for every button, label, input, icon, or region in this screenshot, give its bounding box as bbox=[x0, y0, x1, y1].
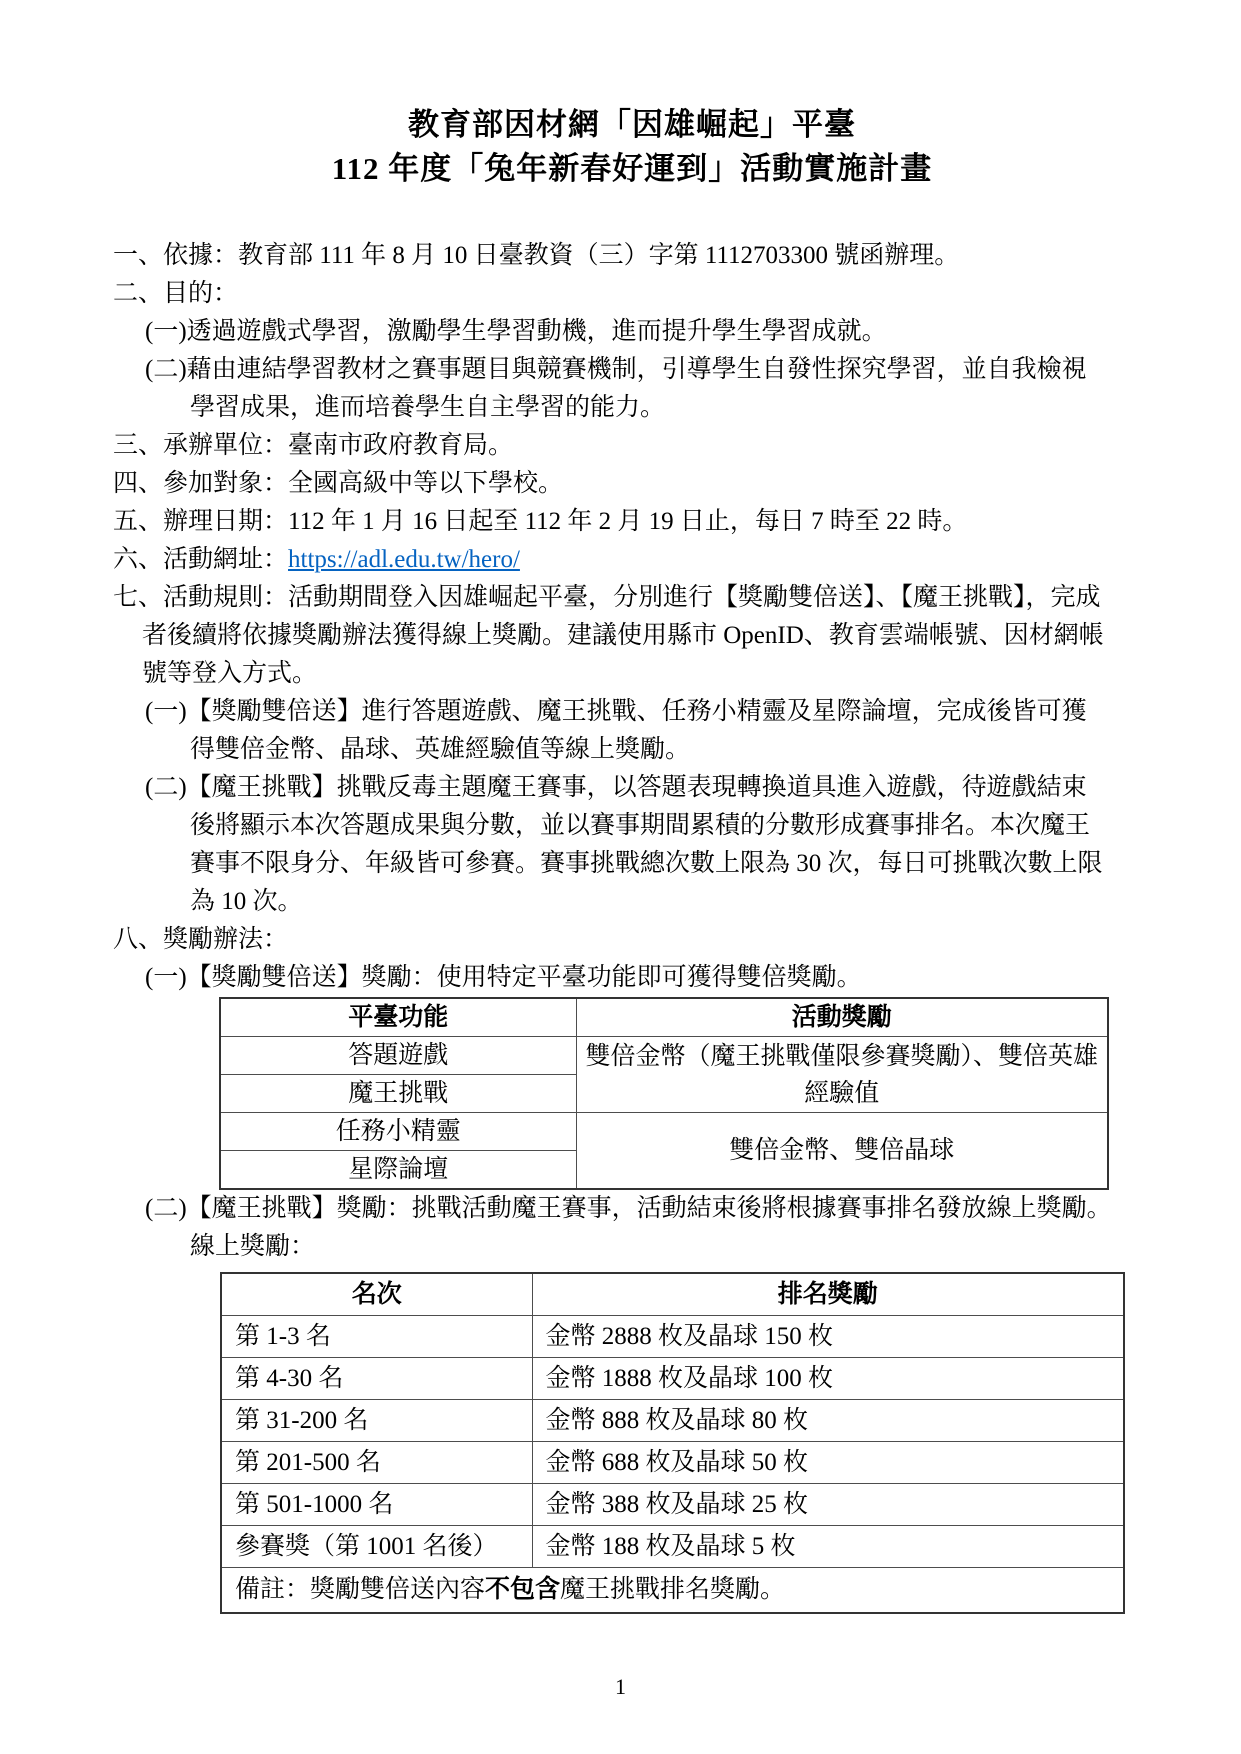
table-cell: 答題遊戲 bbox=[220, 1037, 576, 1075]
document-paragraph: 三、承辦單位：臺南市政府教育局。 bbox=[113, 427, 1151, 465]
document-paragraph: 四、參加對象：全國高級中等以下學校。 bbox=[113, 465, 1151, 503]
text-line: 四、參加對象：全國高級中等以下學校。 bbox=[113, 465, 1151, 503]
table-row: 第 201-500 名金幣 688 枚及晶球 50 枚 bbox=[221, 1442, 1124, 1484]
body-section-1: 一、依據：教育部 111 年 8 月 10 日臺教資（三）字第 11127033… bbox=[113, 237, 1151, 997]
text-line: 賽事不限身分、年級皆可參賽。賽事挑戰總次數上限為 30 次，每日可挑戰次數上限 bbox=[145, 845, 1151, 883]
document-paragraph: 五、辦理日期：112 年 1 月 16 日起至 112 年 2 月 19 日止，… bbox=[113, 503, 1151, 541]
document-title: 教育部因材網「因雄崛起」平臺 112 年度「兔年新春好運到」活動實施計畫 bbox=[113, 103, 1151, 191]
page-number: 1 bbox=[0, 1672, 1241, 1702]
text-line: 八、獎勵辦法： bbox=[113, 921, 1151, 959]
table-cell: 雙倍金幣、雙倍晶球 bbox=[576, 1113, 1108, 1190]
table-cell: 金幣 2888 枚及晶球 150 枚 bbox=[532, 1316, 1124, 1358]
table-cell: 第 31-200 名 bbox=[221, 1400, 532, 1442]
text-line: 線上獎勵： bbox=[145, 1228, 1151, 1266]
ranking-rewards-table-slot: 名次排名獎勵第 1-3 名金幣 2888 枚及晶球 150 枚第 4-30 名金… bbox=[113, 1272, 1151, 1614]
activity-url-link[interactable]: https://adl.edu.tw/hero/ bbox=[288, 546, 520, 573]
text-line: (二)藉由連結學習教材之賽事題目與競賽機制，引導學生自發性探究學習，並自我檢視 bbox=[145, 351, 1151, 389]
document-paragraph: (一)【獎勵雙倍送】進行答題遊戲、魔王挑戰、任務小精靈及星際論壇，完成後皆可獲得… bbox=[113, 693, 1151, 769]
ranking-rewards-table: 名次排名獎勵第 1-3 名金幣 2888 枚及晶球 150 枚第 4-30 名金… bbox=[220, 1272, 1125, 1614]
document-paragraph: 線上獎勵： bbox=[113, 1228, 1151, 1266]
document-paragraph: (二)【魔王挑戰】挑戰反毒主題魔王賽事，以答題表現轉換道具進入遊戲，待遊戲結束後… bbox=[113, 769, 1151, 921]
table-cell: 金幣 888 枚及晶球 80 枚 bbox=[532, 1400, 1124, 1442]
text-line: 五、辦理日期：112 年 1 月 16 日起至 112 年 2 月 19 日止，… bbox=[113, 503, 1151, 541]
platform-rewards-table-slot: 平臺功能活動獎勵答題遊戲雙倍金幣（魔王挑戰僅限參賽獎勵）、雙倍英雄經驗值魔王挑戰… bbox=[113, 997, 1151, 1190]
table-cell: 星際論壇 bbox=[220, 1151, 576, 1190]
text-line: 學習成果，進而培養學生自主學習的能力。 bbox=[145, 389, 1151, 427]
table-row: 平臺功能活動獎勵 bbox=[220, 998, 1108, 1037]
document-paragraph: 二、目的： bbox=[113, 275, 1151, 313]
text-line: 為 10 次。 bbox=[145, 883, 1151, 921]
table-cell: 金幣 1888 枚及晶球 100 枚 bbox=[532, 1358, 1124, 1400]
table-row: 第 31-200 名金幣 888 枚及晶球 80 枚 bbox=[221, 1400, 1124, 1442]
table-note-cell: 備註：獎勵雙倍送內容不包含魔王挑戰排名獎勵。 bbox=[221, 1568, 1124, 1614]
note-prefix: 備註：獎勵雙倍送內容 bbox=[235, 1576, 485, 1603]
text-line: 號等登入方式。 bbox=[113, 655, 1151, 693]
text-line: 二、目的： bbox=[113, 275, 1151, 313]
text-line: (二)【魔王挑戰】獎勵：挑戰活動魔王賽事，活動結束後將根據賽事排名發放線上獎勵。 bbox=[145, 1190, 1151, 1228]
table-row: 參賽獎（第 1001 名後）金幣 188 枚及晶球 5 枚 bbox=[221, 1526, 1124, 1568]
note-suffix: 魔王挑戰排名獎勵。 bbox=[560, 1576, 785, 1603]
table-cell: 魔王挑戰 bbox=[220, 1075, 576, 1113]
document-paragraph: (二)藉由連結學習教材之賽事題目與競賽機制，引導學生自發性探究學習，並自我檢視學… bbox=[113, 351, 1151, 427]
table-row: 第 4-30 名金幣 1888 枚及晶球 100 枚 bbox=[221, 1358, 1124, 1400]
table-cell: 第 1-3 名 bbox=[221, 1316, 532, 1358]
table-cell: 金幣 388 枚及晶球 25 枚 bbox=[532, 1484, 1124, 1526]
text-line: 一、依據：教育部 111 年 8 月 10 日臺教資（三）字第 11127033… bbox=[113, 237, 1151, 275]
paragraph-label: 六、活動網址： bbox=[113, 546, 288, 573]
text-line: 三、承辦單位：臺南市政府教育局。 bbox=[113, 427, 1151, 465]
text-line: (一)透過遊戲式學習，激勵學生學習動機，進而提升學生學習成就。 bbox=[145, 313, 1151, 351]
text-line: 得雙倍金幣、晶球、英雄經驗值等線上獎勵。 bbox=[145, 731, 1151, 769]
table-cell: 參賽獎（第 1001 名後） bbox=[221, 1526, 532, 1568]
document-paragraph: 六、活動網址：https://adl.edu.tw/hero/ bbox=[113, 541, 1151, 579]
text-line: 者後續將依據獎勵辦法獲得線上獎勵。建議使用縣市 OpenID、教育雲端帳號、因材… bbox=[113, 617, 1151, 655]
table-cell: 金幣 688 枚及晶球 50 枚 bbox=[532, 1442, 1124, 1484]
table-row: 答題遊戲雙倍金幣（魔王挑戰僅限參賽獎勵）、雙倍英雄經驗值 bbox=[220, 1037, 1108, 1075]
table-header-cell: 排名獎勵 bbox=[532, 1273, 1124, 1316]
document-paragraph: (二)【魔王挑戰】獎勵：挑戰活動魔王賽事，活動結束後將根據賽事排名發放線上獎勵。 bbox=[113, 1190, 1151, 1228]
body-section-2: (二)【魔王挑戰】獎勵：挑戰活動魔王賽事，活動結束後將根據賽事排名發放線上獎勵。… bbox=[113, 1190, 1151, 1266]
table-header-cell: 活動獎勵 bbox=[576, 998, 1108, 1037]
table-cell: 第 501-1000 名 bbox=[221, 1484, 532, 1526]
platform-rewards-table: 平臺功能活動獎勵答題遊戲雙倍金幣（魔王挑戰僅限參賽獎勵）、雙倍英雄經驗值魔王挑戰… bbox=[219, 997, 1109, 1190]
document-paragraph: (一)透過遊戲式學習，激勵學生學習動機，進而提升學生學習成就。 bbox=[113, 313, 1151, 351]
document-paragraph: 七、活動規則：活動期間登入因雄崛起平臺，分別進行【獎勵雙倍送】、【魔王挑戰】，完… bbox=[113, 579, 1151, 693]
title-line-1: 教育部因材網「因雄崛起」平臺 bbox=[113, 103, 1151, 147]
note-bold-text: 不包含 bbox=[485, 1576, 560, 1603]
table-header-cell: 平臺功能 bbox=[220, 998, 576, 1037]
table-row: 第 501-1000 名金幣 388 枚及晶球 25 枚 bbox=[221, 1484, 1124, 1526]
table-cell: 第 201-500 名 bbox=[221, 1442, 532, 1484]
table-note-row: 備註：獎勵雙倍送內容不包含魔王挑戰排名獎勵。 bbox=[221, 1568, 1124, 1614]
document-paragraph: (一)【獎勵雙倍送】獎勵：使用特定平臺功能即可獲得雙倍獎勵。 bbox=[113, 959, 1151, 997]
table-header-cell: 名次 bbox=[221, 1273, 532, 1316]
table-cell: 第 4-30 名 bbox=[221, 1358, 532, 1400]
text-line: 六、活動網址：https://adl.edu.tw/hero/ bbox=[113, 541, 1151, 579]
table-row: 名次排名獎勵 bbox=[221, 1273, 1124, 1316]
document-paragraph: 八、獎勵辦法： bbox=[113, 921, 1151, 959]
table-cell: 任務小精靈 bbox=[220, 1113, 576, 1151]
document-page: 教育部因材網「因雄崛起」平臺 112 年度「兔年新春好運到」活動實施計畫 一、依… bbox=[0, 0, 1241, 1754]
table-cell: 金幣 188 枚及晶球 5 枚 bbox=[532, 1526, 1124, 1568]
table-row: 第 1-3 名金幣 2888 枚及晶球 150 枚 bbox=[221, 1316, 1124, 1358]
title-line-2: 112 年度「兔年新春好運到」活動實施計畫 bbox=[113, 147, 1151, 191]
table-row: 任務小精靈雙倍金幣、雙倍晶球 bbox=[220, 1113, 1108, 1151]
text-line: 後將顯示本次答題成果與分數，並以賽事期間累積的分數形成賽事排名。本次魔王 bbox=[145, 807, 1151, 845]
document-paragraph: 一、依據：教育部 111 年 8 月 10 日臺教資（三）字第 11127033… bbox=[113, 237, 1151, 275]
text-line: (二)【魔王挑戰】挑戰反毒主題魔王賽事，以答題表現轉換道具進入遊戲，待遊戲結束 bbox=[145, 769, 1151, 807]
text-line: 七、活動規則：活動期間登入因雄崛起平臺，分別進行【獎勵雙倍送】、【魔王挑戰】，完… bbox=[113, 579, 1151, 617]
text-line: (一)【獎勵雙倍送】進行答題遊戲、魔王挑戰、任務小精靈及星際論壇，完成後皆可獲 bbox=[145, 693, 1151, 731]
text-line: (一)【獎勵雙倍送】獎勵：使用特定平臺功能即可獲得雙倍獎勵。 bbox=[145, 959, 1151, 997]
table-cell: 雙倍金幣（魔王挑戰僅限參賽獎勵）、雙倍英雄經驗值 bbox=[576, 1037, 1108, 1113]
